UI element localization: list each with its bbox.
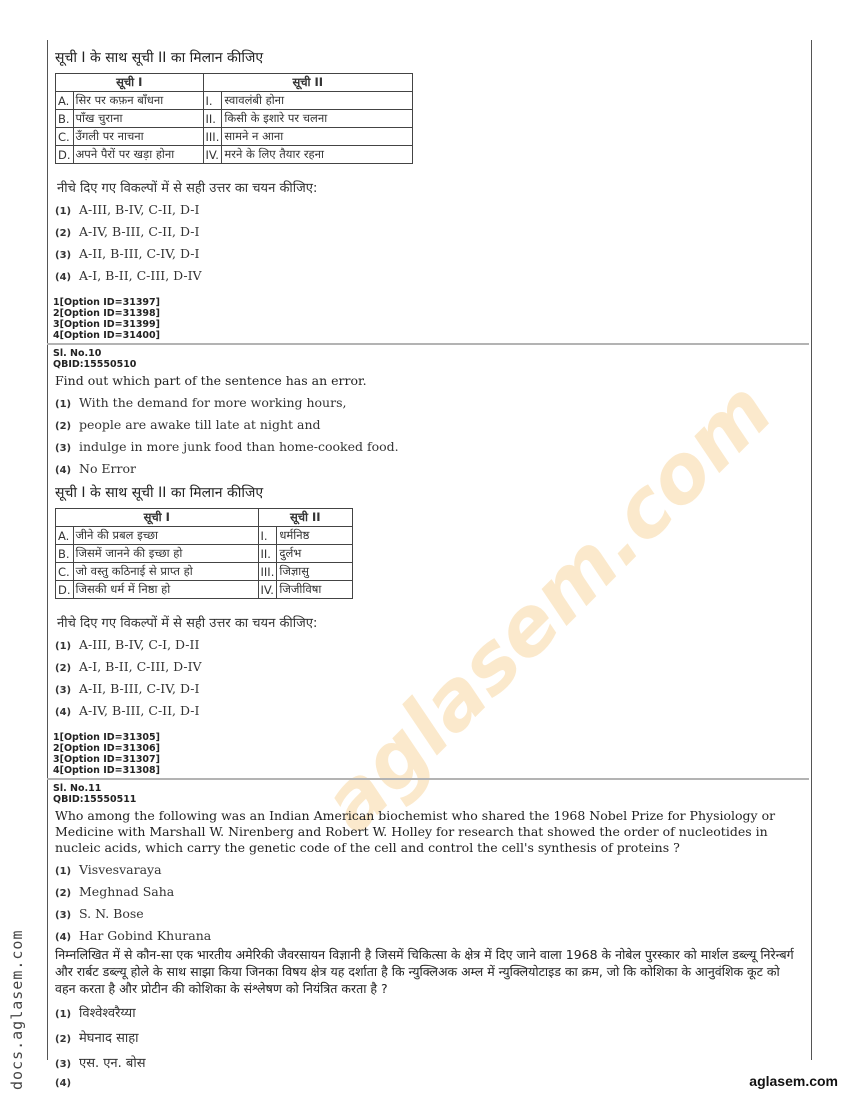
row-numeral: III. bbox=[258, 563, 277, 581]
row-letter: C. bbox=[56, 563, 74, 581]
row-list1-text: उँगली पर नाचना bbox=[73, 128, 203, 146]
qbid: QBID:15550511 bbox=[53, 794, 803, 805]
option-2[interactable]: (2)people are awake till late at night a… bbox=[55, 417, 803, 432]
option-id: 3[Option ID=31399] bbox=[53, 319, 803, 330]
row-letter: C. bbox=[56, 128, 74, 146]
option-number: (3) bbox=[55, 1059, 79, 1070]
option-number: (2) bbox=[55, 228, 79, 239]
row-list1-text: सिर पर कफ़न बाँधना bbox=[73, 92, 203, 110]
row-letter: A. bbox=[56, 92, 74, 110]
row-list1-text: जिसकी धर्म में निष्ठा हो bbox=[73, 581, 258, 599]
row-numeral: IV. bbox=[258, 581, 277, 599]
match-table: सूची I सूची II A. जीने की प्रबल इच्छा I.… bbox=[55, 508, 353, 599]
table-header-list2: सूची II bbox=[203, 74, 412, 92]
option-1[interactable]: (1)A-III, B-IV, C-II, D-I bbox=[55, 202, 803, 217]
option-number: (4) bbox=[55, 465, 79, 476]
row-list2-text: स्वावलंबी होना bbox=[222, 92, 413, 110]
match-table: सूची I सूची II A. सिर पर कफ़न बाँधना I. … bbox=[55, 73, 413, 164]
question-content: सूची I के साथ सूची II का मिलान कीजिए सूच… bbox=[53, 44, 803, 1096]
option-id: 2[Option ID=31306] bbox=[53, 743, 803, 754]
option-number: (4) bbox=[55, 272, 79, 283]
option-number: (1) bbox=[55, 206, 79, 217]
option-3[interactable]: (3)एस. एन. बोस bbox=[55, 1053, 803, 1071]
option-number: (4) bbox=[55, 932, 79, 943]
table-row: A. जीने की प्रबल इच्छा I. धर्मनिष्ठ bbox=[56, 527, 353, 545]
row-list2-text: सामने न आना bbox=[222, 128, 413, 146]
row-list1-text: जीने की प्रबल इच्छा bbox=[73, 527, 258, 545]
option-text: people are awake till late at night and bbox=[79, 417, 321, 432]
option-number: (2) bbox=[55, 1034, 79, 1045]
qbid: QBID:15550510 bbox=[53, 359, 803, 370]
option-text: A-III, B-IV, C-I, D-II bbox=[79, 637, 199, 652]
q10-section: Sl. No.10 QBID:15550510 Find out which p… bbox=[53, 348, 803, 776]
question-separator bbox=[47, 778, 809, 780]
row-numeral: I. bbox=[203, 92, 222, 110]
row-numeral: III. bbox=[203, 128, 222, 146]
option-2[interactable]: (2)A-IV, B-III, C-II, D-I bbox=[55, 224, 803, 239]
match-title: सूची I के साथ सूची II का मिलान कीजिए bbox=[55, 48, 803, 67]
option-number: (1) bbox=[55, 641, 79, 652]
table-row: C. उँगली पर नाचना III. सामने न आना bbox=[56, 128, 413, 146]
table-row: B. जिसमें जानने की इच्छा हो II. दुर्लभ bbox=[56, 545, 353, 563]
option-id: 4[Option ID=31308] bbox=[53, 765, 803, 776]
option-text: एस. एन. बोस bbox=[79, 1053, 146, 1071]
table-row: B. पाँख चुराना II. किसी के इशारे पर चलना bbox=[56, 110, 413, 128]
option-number: (4) bbox=[55, 707, 79, 718]
row-list2-text: मरने के लिए तैयार रहना bbox=[222, 146, 413, 164]
option-3[interactable]: (3)indulge in more junk food than home-c… bbox=[55, 439, 803, 454]
option-4[interactable]: (4) bbox=[55, 1078, 803, 1089]
q9-hindi-section: सूची I के साथ सूची II का मिलान कीजिए सूच… bbox=[53, 48, 803, 341]
row-list1-text: पाँख चुराना bbox=[73, 110, 203, 128]
row-letter: D. bbox=[56, 581, 74, 599]
option-text: S. N. Bose bbox=[79, 906, 144, 921]
option-3[interactable]: (3)A-II, B-III, C-IV, D-I bbox=[55, 681, 803, 696]
option-number: (3) bbox=[55, 250, 79, 261]
option-ids: 1[Option ID=31305] 2[Option ID=31306] 3[… bbox=[53, 732, 803, 776]
table-row: A. सिर पर कफ़न बाँधना I. स्वावलंबी होना bbox=[56, 92, 413, 110]
table-row: D. जिसकी धर्म में निष्ठा हो IV. जिजीविषा bbox=[56, 581, 353, 599]
serial-number: Sl. No.10 bbox=[53, 348, 803, 359]
option-text: विश्वेश्वरैय्या bbox=[79, 1003, 136, 1021]
option-id: 2[Option ID=31398] bbox=[53, 308, 803, 319]
table-header-list1: सूची I bbox=[56, 74, 204, 92]
row-numeral: II. bbox=[258, 545, 277, 563]
option-text: Har Gobind Khurana bbox=[79, 928, 211, 943]
option-text: A-II, B-III, C-IV, D-I bbox=[79, 681, 199, 696]
row-list1-text: जो वस्तु कठिनाई से प्राप्त हो bbox=[73, 563, 258, 581]
option-text: मेघनाद साहा bbox=[79, 1028, 139, 1046]
option-text: Meghnad Saha bbox=[79, 884, 174, 899]
option-number: (1) bbox=[55, 866, 79, 877]
row-letter: D. bbox=[56, 146, 74, 164]
side-watermark: docs.aglasem.com bbox=[8, 930, 26, 1091]
option-3[interactable]: (3)A-II, B-III, C-IV, D-I bbox=[55, 246, 803, 261]
row-list2-text: जिज्ञासु bbox=[277, 563, 353, 581]
row-numeral: II. bbox=[203, 110, 222, 128]
option-text: With the demand for more working hours, bbox=[79, 395, 346, 410]
row-list2-text: जिजीविषा bbox=[277, 581, 353, 599]
footer-brand[interactable]: aglasem.com bbox=[749, 1073, 838, 1089]
option-4[interactable]: (4)A-IV, B-III, C-II, D-I bbox=[55, 703, 803, 718]
row-letter: B. bbox=[56, 110, 74, 128]
question-stem: Who among the following was an Indian Am… bbox=[55, 808, 803, 856]
q11-section: Sl. No.11 QBID:15550511 Who among the fo… bbox=[53, 783, 803, 1089]
row-letter: A. bbox=[56, 527, 74, 545]
option-text: A-I, B-II, C-III, D-IV bbox=[79, 268, 202, 283]
option-number: (3) bbox=[55, 443, 79, 454]
option-1[interactable]: (1)A-III, B-IV, C-I, D-II bbox=[55, 637, 803, 652]
option-2[interactable]: (2)मेघनाद साहा bbox=[55, 1028, 803, 1046]
option-number: (3) bbox=[55, 910, 79, 921]
answer-instruction: नीचे दिए गए विकल्पों में से सही उत्तर का… bbox=[57, 178, 803, 196]
match-title: सूची I के साथ सूची II का मिलान कीजिए bbox=[55, 483, 803, 502]
table-header-list1: सूची I bbox=[56, 509, 259, 527]
option-number: (1) bbox=[55, 1009, 79, 1020]
option-text: A-IV, B-III, C-II, D-I bbox=[79, 703, 199, 718]
answer-instruction: नीचे दिए गए विकल्पों में से सही उत्तर का… bbox=[57, 613, 803, 631]
row-list2-text: दुर्लभ bbox=[277, 545, 353, 563]
row-list2-text: किसी के इशारे पर चलना bbox=[222, 110, 413, 128]
option-number: (2) bbox=[55, 888, 79, 899]
option-number: (2) bbox=[55, 663, 79, 674]
option-number: (4) bbox=[55, 1078, 79, 1089]
option-text: A-III, B-IV, C-II, D-I bbox=[79, 202, 199, 217]
option-1[interactable]: (1)विश्वेश्वरैय्या bbox=[55, 1003, 803, 1021]
option-text: A-I, B-II, C-III, D-IV bbox=[79, 659, 202, 674]
question-separator bbox=[47, 343, 809, 345]
option-text: Visvesvaraya bbox=[79, 862, 162, 877]
row-list1-text: जिसमें जानने की इच्छा हो bbox=[73, 545, 258, 563]
option-1[interactable]: (1)Visvesvaraya bbox=[55, 862, 803, 877]
question-stem-hindi: निम्नलिखित में से कौन-सा एक भारतीय अमेरि… bbox=[55, 946, 803, 997]
option-4[interactable]: (4)A-I, B-II, C-III, D-IV bbox=[55, 268, 803, 283]
option-text: A-II, B-III, C-IV, D-I bbox=[79, 246, 199, 261]
row-numeral: IV. bbox=[203, 146, 222, 164]
option-number: (2) bbox=[55, 421, 79, 432]
table-row: C. जो वस्तु कठिनाई से प्राप्त हो III. जि… bbox=[56, 563, 353, 581]
option-id: 1[Option ID=31397] bbox=[53, 297, 803, 308]
option-2[interactable]: (2)A-I, B-II, C-III, D-IV bbox=[55, 659, 803, 674]
table-header-list2: सूची II bbox=[258, 509, 352, 527]
option-text: A-IV, B-III, C-II, D-I bbox=[79, 224, 199, 239]
option-text: indulge in more junk food than home-cook… bbox=[79, 439, 399, 454]
option-id: 3[Option ID=31307] bbox=[53, 754, 803, 765]
option-number: (1) bbox=[55, 399, 79, 410]
option-id: 1[Option ID=31305] bbox=[53, 732, 803, 743]
question-stem: Find out which part of the sentence has … bbox=[55, 373, 803, 389]
serial-number: Sl. No.11 bbox=[53, 783, 803, 794]
option-2[interactable]: (2)Meghnad Saha bbox=[55, 884, 803, 899]
option-number: (3) bbox=[55, 685, 79, 696]
option-4[interactable]: (4)Har Gobind Khurana bbox=[55, 928, 803, 943]
option-3[interactable]: (3)S. N. Bose bbox=[55, 906, 803, 921]
row-letter: B. bbox=[56, 545, 74, 563]
option-1[interactable]: (1)With the demand for more working hour… bbox=[55, 395, 803, 410]
table-row: D. अपने पैरों पर खड़ा होना IV. मरने के ल… bbox=[56, 146, 413, 164]
option-4[interactable]: (4)No Error bbox=[55, 461, 803, 476]
option-id: 4[Option ID=31400] bbox=[53, 330, 803, 341]
option-text: No Error bbox=[79, 461, 136, 476]
row-list2-text: धर्मनिष्ठ bbox=[277, 527, 353, 545]
row-list1-text: अपने पैरों पर खड़ा होना bbox=[73, 146, 203, 164]
row-numeral: I. bbox=[258, 527, 277, 545]
option-ids: 1[Option ID=31397] 2[Option ID=31398] 3[… bbox=[53, 297, 803, 341]
